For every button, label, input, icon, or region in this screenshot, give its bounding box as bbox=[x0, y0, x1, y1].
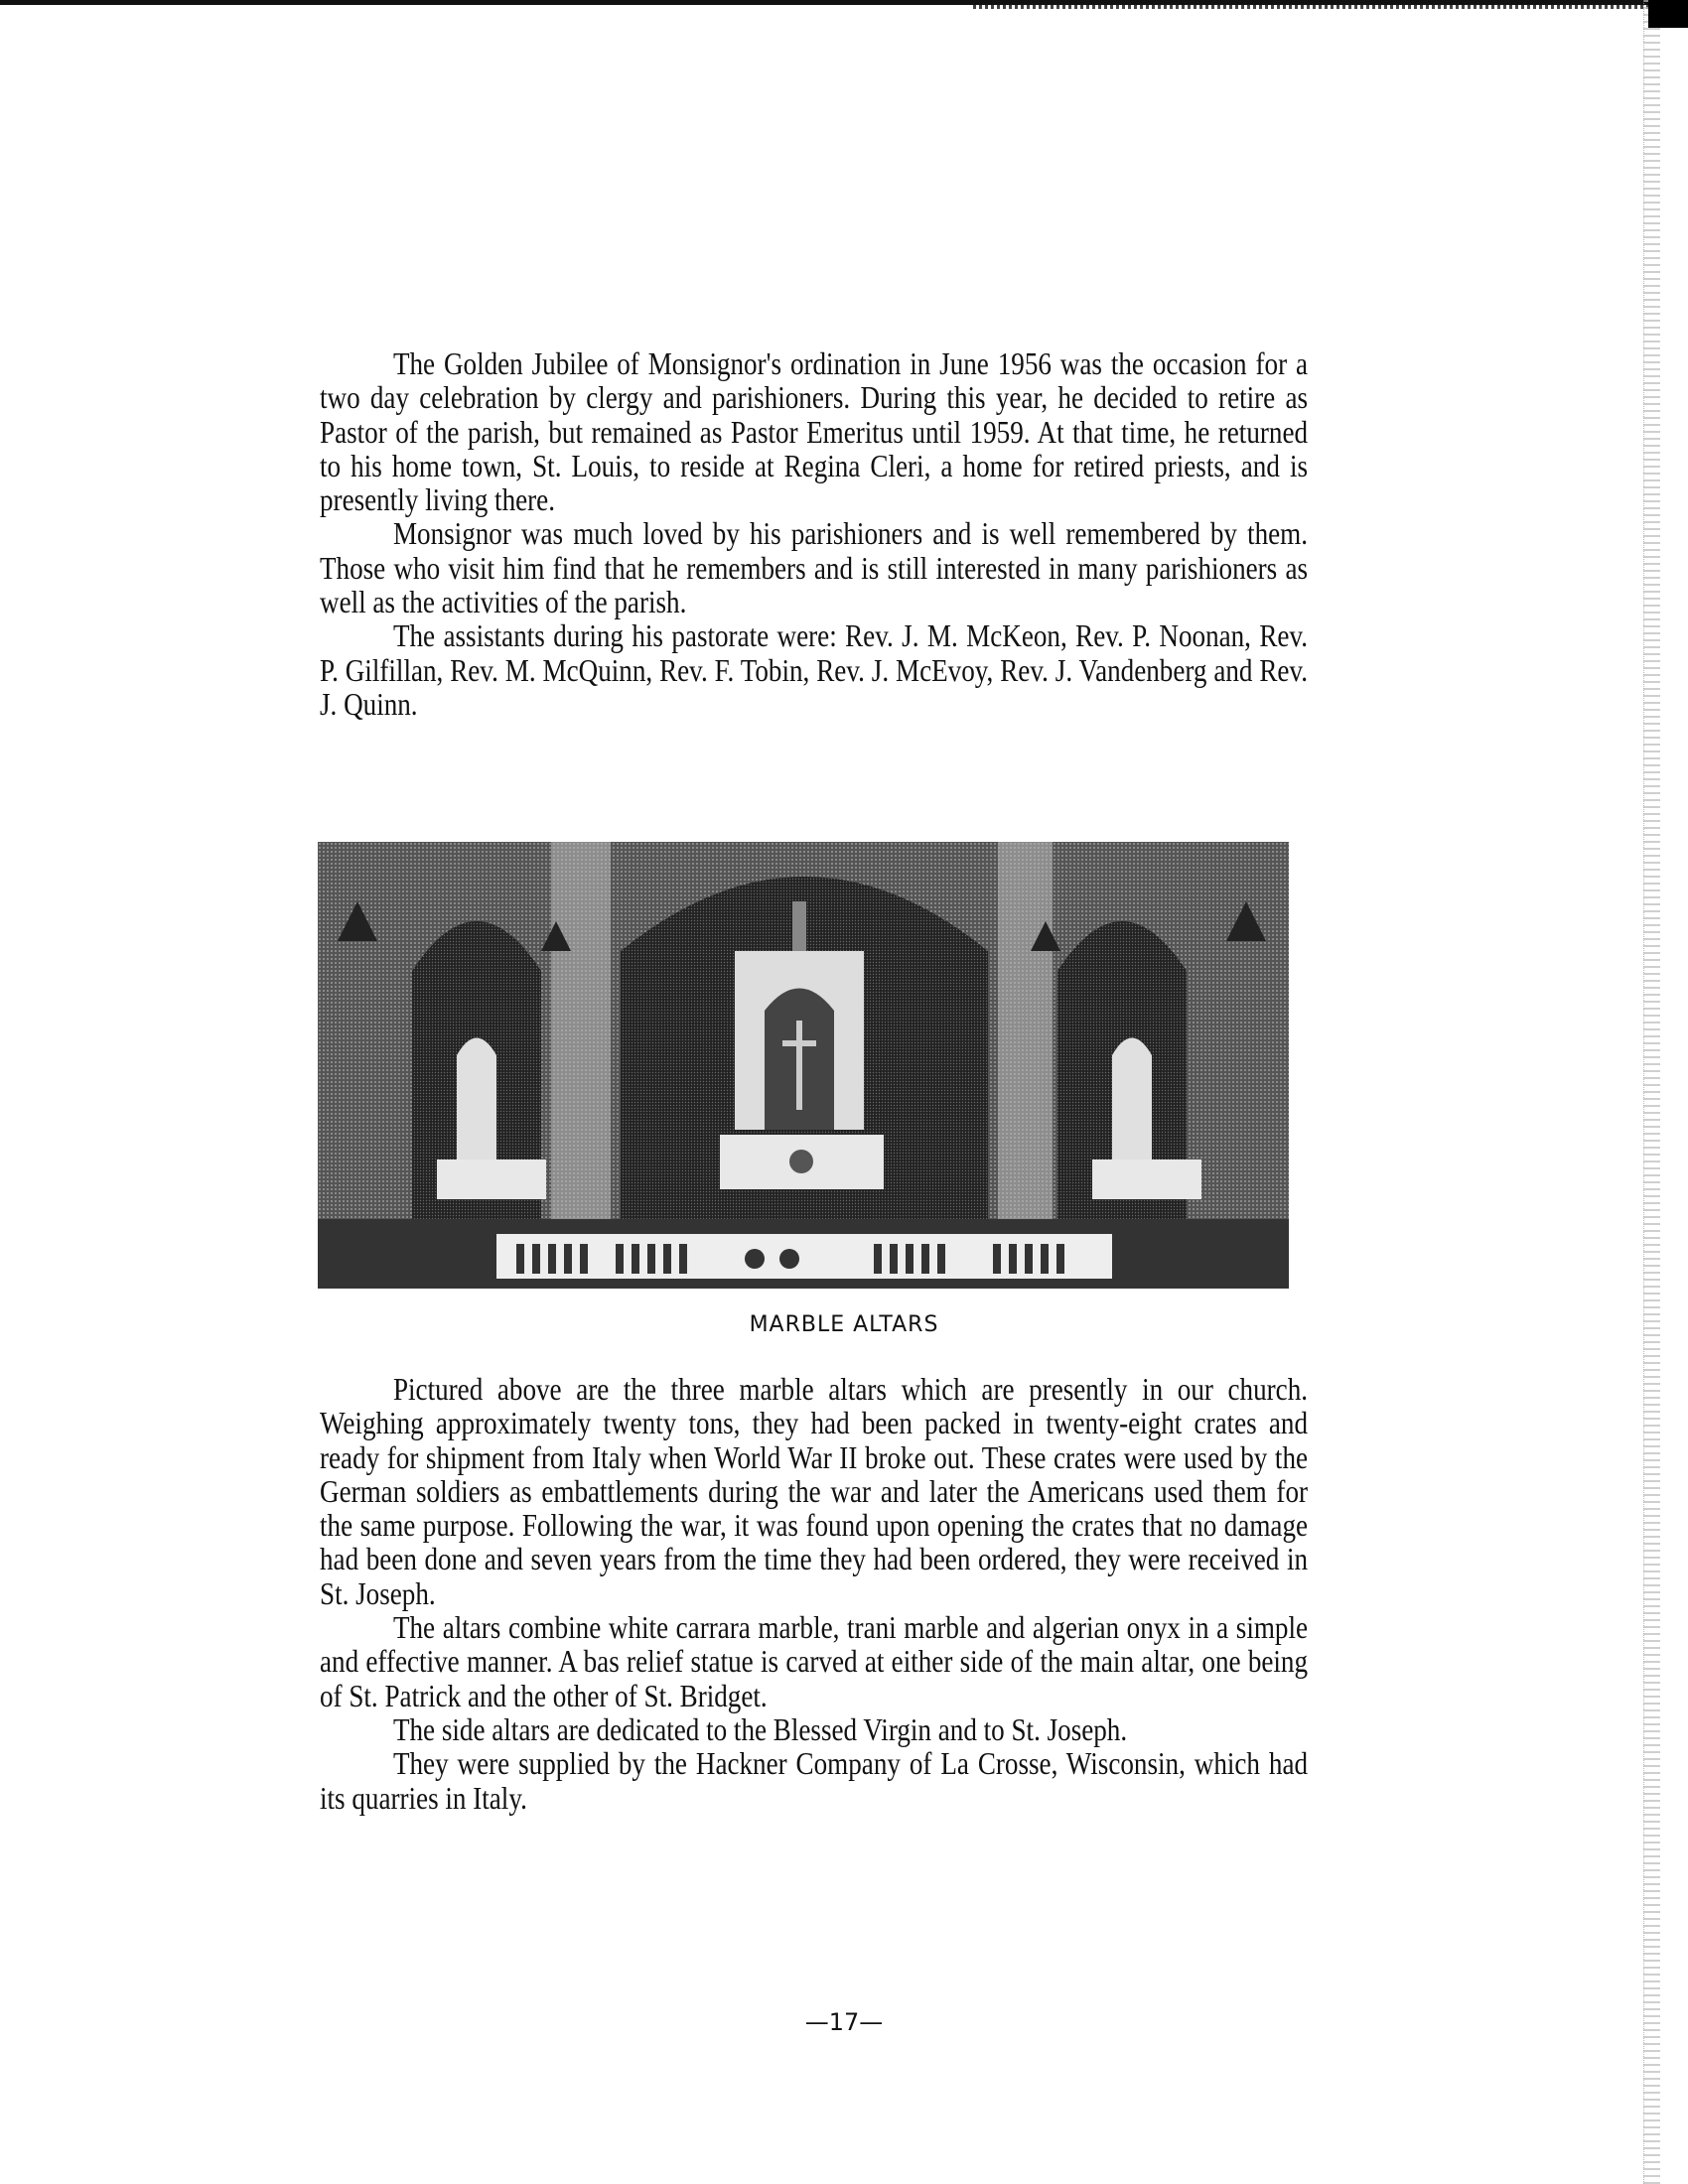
paragraph-monsignor-loved: Monsignor was much loved by his parishio… bbox=[320, 517, 1308, 619]
scan-right-edge bbox=[1643, 0, 1660, 2184]
text-block-upper: The Golden Jubilee of Monsignor's ordina… bbox=[320, 347, 1308, 722]
paragraph-hackner-company: They were supplied by the Hackner Compan… bbox=[320, 1747, 1308, 1816]
altar-photo-illustration bbox=[318, 842, 1289, 1289]
text-block-lower: Pictured above are the three marble alta… bbox=[320, 1373, 1308, 1816]
marble-altars-photo bbox=[318, 842, 1289, 1289]
paragraph-side-altars: The side altars are dedicated to the Ble… bbox=[320, 1713, 1308, 1747]
scan-corner-shadow bbox=[1648, 0, 1688, 28]
page-number: —17— bbox=[0, 2008, 1688, 2036]
paragraph-pictured-above: Pictured above are the three marble alta… bbox=[320, 1373, 1308, 1611]
scan-top-edge-texture bbox=[973, 5, 1648, 9]
photo-caption: MARBLE ALTARS bbox=[0, 1312, 1688, 1337]
paragraph-assistants: The assistants during his pastorate were… bbox=[320, 619, 1308, 722]
paragraph-altars-combine: The altars combine white carrara marble,… bbox=[320, 1611, 1308, 1713]
paragraph-golden-jubilee: The Golden Jubilee of Monsignor's ordina… bbox=[320, 347, 1308, 517]
